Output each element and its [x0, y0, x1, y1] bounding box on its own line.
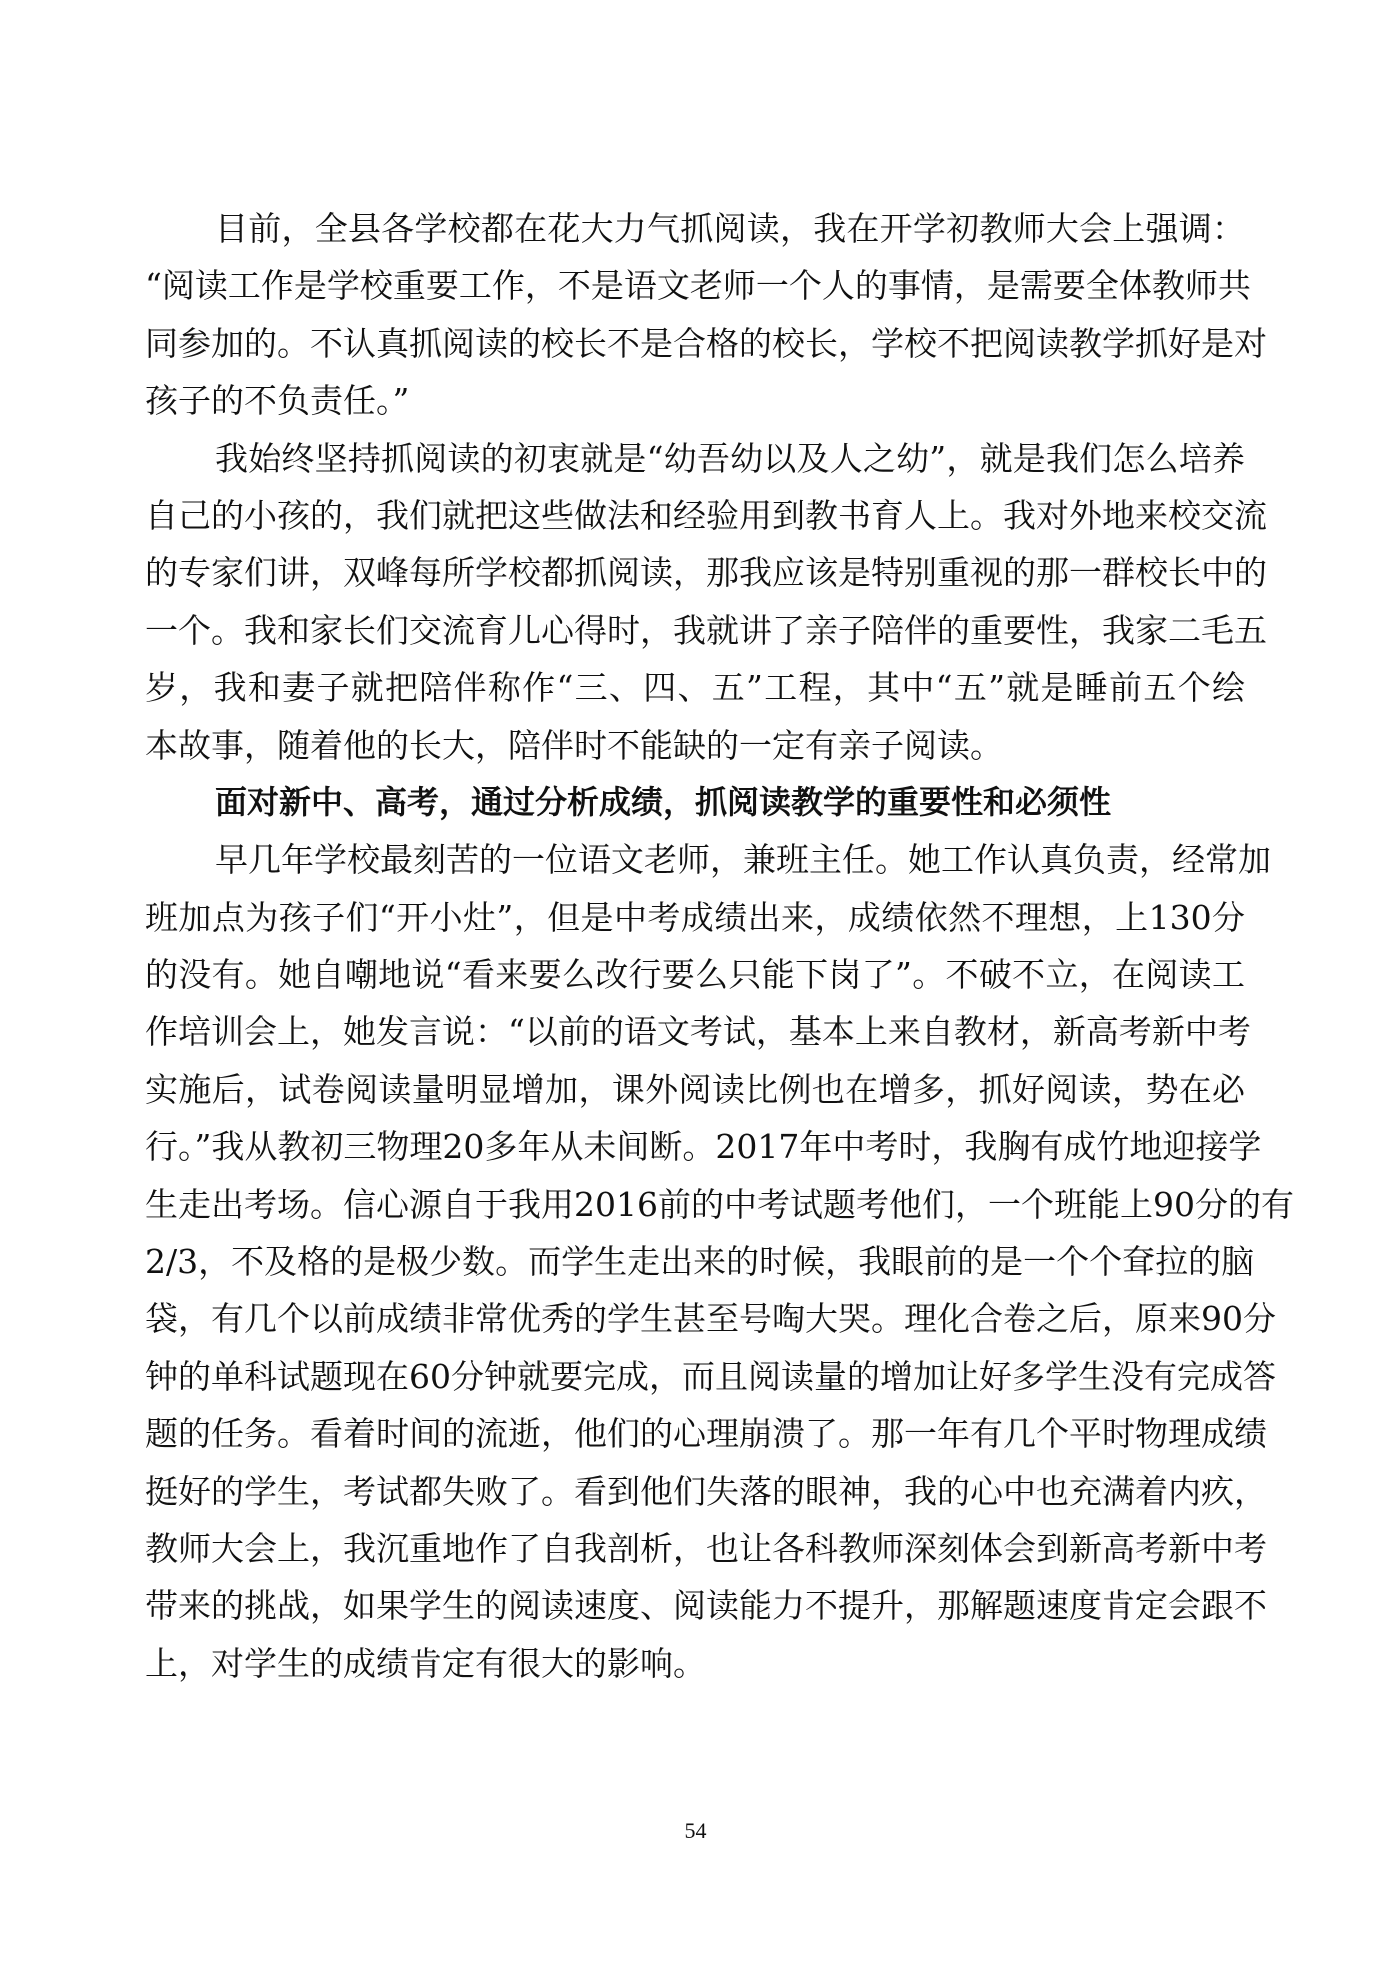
text-line: 教师大会上，我沉重地作了自我剖析，也让各科教师深刻体会到新高考新中考 — [145, 1520, 1245, 1577]
heading-text: 面对新中、高考，通过分析成绩，抓阅读教学的重要性和必须性 — [145, 774, 1245, 831]
text-line: 钟的单科试题现在60分钟就要完成，而且阅读量的增加让好多学生没有完成答 — [145, 1348, 1245, 1405]
text-line: 班加点为孩子们“开小灶”，但是中考成绩出来，成绩依然不理想，上130分 — [145, 889, 1245, 946]
page-number: 54 — [0, 1818, 1391, 1844]
section-heading: 面对新中、高考，通过分析成绩，抓阅读教学的重要性和必须性 — [145, 774, 1245, 831]
text-line: 行。”我从教初三物理20多年从未间断。2017年中考时，我胸有成竹地迎接学 — [145, 1118, 1245, 1175]
text-line: 岁，我和妻子就把陪伴称作“三、四、五”工程，其中“五”就是睡前五个绘 — [145, 659, 1245, 716]
text-line: 作培训会上，她发言说：“以前的语文考试，基本上来自教材，新高考新中考 — [145, 1003, 1245, 1060]
text-line: 一个。我和家长们交流育儿心得时，我就讲了亲子陪伴的重要性，我家二毛五 — [145, 602, 1245, 659]
paragraph-3: 早几年学校最刻苦的一位语文老师，兼班主任。她工作认真负责，经常加 班加点为孩子们… — [145, 831, 1245, 1692]
text-line: 自己的小孩的，我们就把这些做法和经验用到教书育人上。我对外地来校交流 — [145, 487, 1245, 544]
text-line: 的没有。她自嘲地说“看来要么改行要么只能下岗了”。不破不立，在阅读工 — [145, 946, 1245, 1003]
text-line: 挺好的学生，考试都失败了。看到他们失落的眼神，我的心中也充满着内疚， — [145, 1463, 1245, 1520]
text-line: 的专家们讲，双峰每所学校都抓阅读，那我应该是特别重视的那一群校长中的 — [145, 544, 1245, 601]
text-line: 目前，全县各学校都在花大力气抓阅读，我在开学初教师大会上强调： — [145, 200, 1245, 257]
text-line: 孩子的不负责任。” — [145, 372, 1245, 429]
text-line: 本故事，随着他的长大，陪伴时不能缺的一定有亲子阅读。 — [145, 717, 1245, 774]
text-line: 带来的挑战，如果学生的阅读速度、阅读能力不提升，那解题速度肯定会跟不 — [145, 1577, 1245, 1634]
paragraph-1: 目前，全县各学校都在花大力气抓阅读，我在开学初教师大会上强调： “阅读工作是学校… — [145, 200, 1245, 430]
paragraph-2: 我始终坚持抓阅读的初衷就是“幼吾幼以及人之幼”，就是我们怎么培养 自己的小孩的，… — [145, 430, 1245, 774]
text-line: 同参加的。不认真抓阅读的校长不是合格的校长，学校不把阅读教学抓好是对 — [145, 315, 1245, 372]
text-line: 上，对学生的成绩肯定有很大的影响。 — [145, 1635, 1245, 1692]
text-line: 题的任务。看着时间的流逝，他们的心理崩溃了。那一年有几个平时物理成绩 — [145, 1405, 1245, 1462]
text-line: 早几年学校最刻苦的一位语文老师，兼班主任。她工作认真负责，经常加 — [145, 831, 1245, 888]
text-line: 我始终坚持抓阅读的初衷就是“幼吾幼以及人之幼”，就是我们怎么培养 — [145, 430, 1245, 487]
text-line: 生走出考场。信心源自于我用2016前的中考试题考他们，一个班能上90分的有 — [145, 1176, 1245, 1233]
text-line: “阅读工作是学校重要工作，不是语文老师一个人的事情，是需要全体教师共 — [145, 257, 1245, 314]
text-line: 袋，有几个以前成绩非常优秀的学生甚至号啕大哭。理化合卷之后，原来90分 — [145, 1290, 1245, 1347]
text-line: 实施后，试卷阅读量明显增加，课外阅读比例也在增多，抓好阅读，势在必 — [145, 1061, 1245, 1118]
document-page: 目前，全县各学校都在花大力气抓阅读，我在开学初教师大会上强调： “阅读工作是学校… — [145, 200, 1245, 1692]
text-line: 2/3，不及格的是极少数。而学生走出来的时候，我眼前的是一个个耷拉的脑 — [145, 1233, 1245, 1290]
